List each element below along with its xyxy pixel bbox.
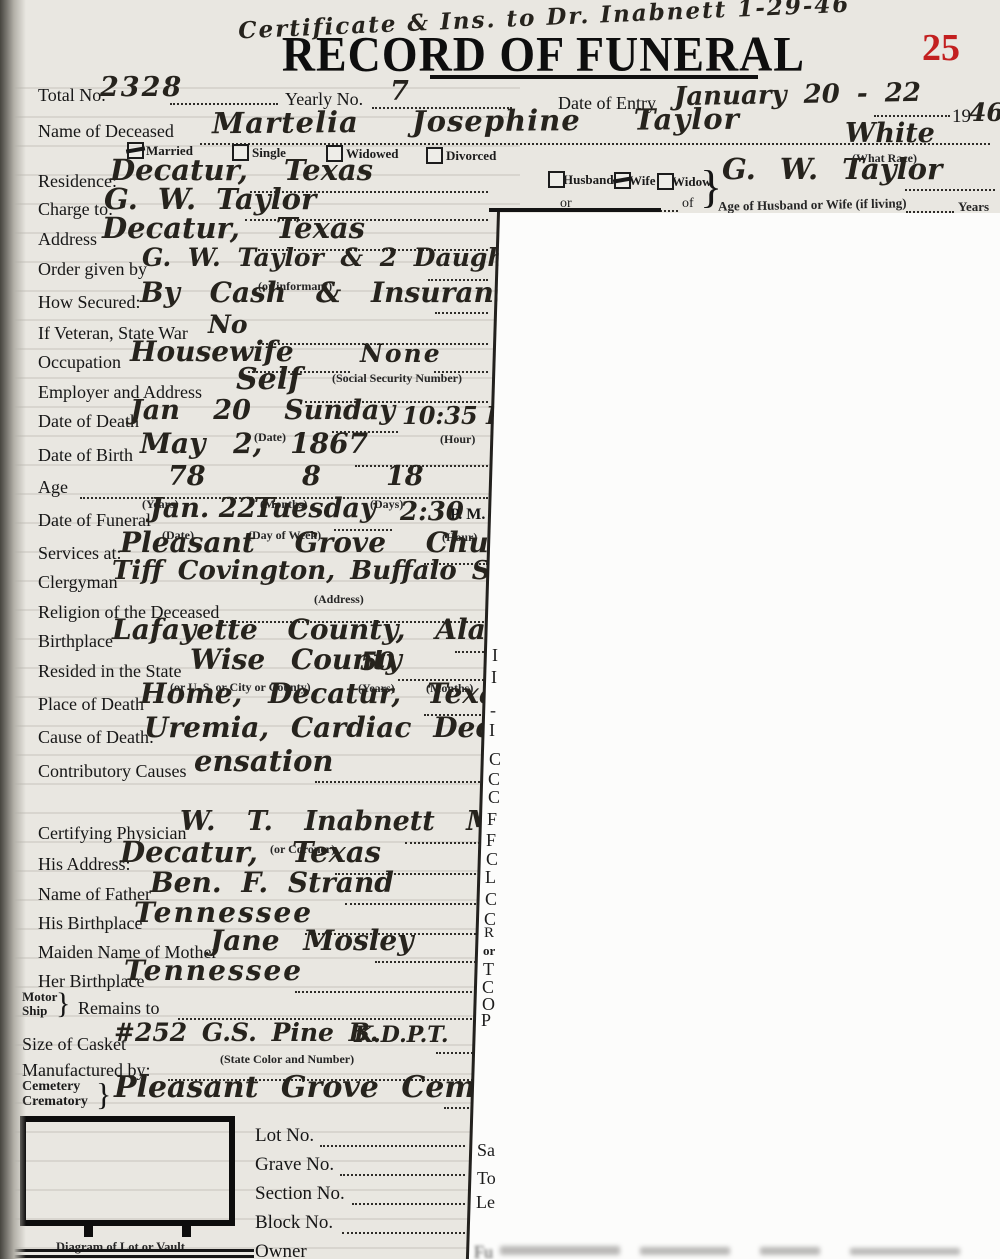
field-value-funeral-day: Tuesday xyxy=(254,493,376,524)
dotted-leader xyxy=(295,989,488,993)
caption-age-of-spouse: Age of Husband or Wife (if living) xyxy=(718,195,907,214)
field-label-order-given-by: Order given by xyxy=(38,259,147,280)
strip-letter-blurred: Fu xyxy=(474,1242,493,1259)
dotted-leader xyxy=(340,1172,465,1176)
field-value-place-of-death: Home, Decatur, Texas xyxy=(140,677,513,710)
caption-death-hour: (Hour) xyxy=(440,432,475,447)
field-label-date-of-birth: Date of Birth xyxy=(38,445,133,466)
field-label-remains-to: Remains to xyxy=(78,998,160,1019)
field-value-size-of-casket: #252 G.S. Pine B. xyxy=(114,1018,378,1047)
strip-letter: or xyxy=(483,943,495,959)
caption-years: Years xyxy=(958,199,989,215)
field-value-casket-kdpt: K.D.P.T. xyxy=(354,1022,449,1048)
caption-clergyman-address: (Address) xyxy=(314,592,364,607)
field-value-yearly-no: 7 xyxy=(390,76,409,107)
field-label-grave-no: Grave No. xyxy=(255,1154,334,1176)
dotted-leader xyxy=(315,779,488,783)
caption-ssn: (Social Security Number) xyxy=(332,371,462,386)
field-value-contributory: ensation xyxy=(194,744,334,778)
remains-brace: } xyxy=(56,987,70,1021)
blurred-footer-text xyxy=(640,1247,730,1255)
field-value-resided-years: 50 xyxy=(360,647,395,676)
overlay-top-edge xyxy=(489,208,661,212)
field-label-date-of-death: Date of Death xyxy=(38,411,139,432)
dotted-leader xyxy=(405,840,488,844)
field-label-clergyman: Clergyman xyxy=(38,572,118,593)
dotted-leader xyxy=(170,101,278,105)
cemetery-brace: } xyxy=(96,1076,111,1113)
field-label-age: Age xyxy=(38,477,68,498)
field-value-age-days: 18 xyxy=(386,461,424,492)
field-label-total-no: Total No. xyxy=(38,85,106,106)
caption-state-color-number: (State Color and Number) xyxy=(220,1052,354,1067)
dotted-leader xyxy=(342,1230,465,1234)
strip-letter: I xyxy=(492,645,498,666)
strip-letter: Sa xyxy=(477,1140,495,1161)
field-label-block-no: Block No. xyxy=(255,1212,333,1234)
field-value-her-birthplace: Tennessee xyxy=(124,954,303,987)
dotted-leader xyxy=(906,209,954,213)
strip-letter: To xyxy=(477,1168,496,1189)
field-value-age-months: 8 xyxy=(302,461,321,492)
field-label-cemetery: Cemetery xyxy=(22,1079,80,1095)
field-value-address: Decatur, Texas xyxy=(102,211,365,245)
field-label-name-of-deceased: Name of Deceased xyxy=(38,121,174,142)
bottom-rule xyxy=(0,1255,254,1258)
dotted-leader xyxy=(375,959,488,963)
dotted-leader xyxy=(905,187,995,191)
field-value-total-no: 2328 xyxy=(100,72,183,103)
strip-letter: I xyxy=(491,667,497,688)
spouse-of-label: of xyxy=(682,196,694,212)
field-value-date-of-death: Jan 20 Sunday xyxy=(130,395,395,426)
field-label-place-of-death: Place of Death xyxy=(38,694,144,715)
strip-letter: C xyxy=(485,889,497,910)
checkbox-label-divorced: Divorced xyxy=(446,148,496,164)
field-label-services-at: Services at: xyxy=(38,543,121,564)
field-value-race: White xyxy=(845,118,935,149)
field-value-name-of-father: Ben. F. Strand xyxy=(150,866,394,899)
checkbox-label-husband: Husband xyxy=(563,172,614,188)
field-label-his-address: His Address: xyxy=(38,854,131,875)
dotted-leader xyxy=(435,310,488,314)
strip-letter: F xyxy=(486,830,496,851)
page-number: 25 xyxy=(922,26,960,70)
dotted-leader xyxy=(320,1143,465,1147)
field-value-ssn: None xyxy=(360,339,442,368)
field-label-address: Address xyxy=(38,229,97,250)
strip-letter: F xyxy=(487,809,497,830)
blurred-footer-text xyxy=(760,1247,820,1255)
field-value-maiden-name-of-mother: Jane Mosley xyxy=(210,924,413,957)
strip-letter: I xyxy=(489,720,495,741)
field-value-date-of-birth: May 2, 1867 xyxy=(140,427,368,460)
dotted-leader xyxy=(874,113,950,117)
dotted-leader xyxy=(434,369,488,373)
strip-letter: - xyxy=(490,700,496,721)
field-label-crematory: Crematory xyxy=(22,1094,88,1110)
field-value-services-at: Pleasant Grove Church xyxy=(120,526,541,559)
field-value-employer: Self xyxy=(236,362,301,397)
checkbox-divorced xyxy=(426,147,443,164)
strip-letter: L xyxy=(485,867,496,888)
field-label-how-secured: How Secured: xyxy=(38,292,140,313)
field-label-cause-of-death: Cause of Death: xyxy=(38,727,154,748)
field-label-section-no: Section No. xyxy=(255,1183,345,1205)
diagram-notch xyxy=(84,1220,93,1237)
strip-letter: R xyxy=(484,925,494,942)
field-value-name-of-deceased: Martelia Josephine Taylor xyxy=(212,102,740,141)
diagram-notch xyxy=(182,1220,191,1237)
field-label-occupation: Occupation xyxy=(38,352,121,373)
book-gutter-shadow xyxy=(0,0,26,1259)
caption-diagram: Diagram of Lot or Vault xyxy=(56,1240,185,1255)
blurred-footer-text xyxy=(850,1248,960,1255)
blurred-footer-text xyxy=(500,1246,620,1255)
field-label-size-of-casket: Size of Casket xyxy=(22,1034,126,1055)
scanned-funeral-record-page: Certificate & Ins. to Dr. Inabnett 1-29-… xyxy=(0,0,1000,1259)
field-label-contributory: Contributory Causes xyxy=(38,761,187,782)
entry-year-handwritten: 46 xyxy=(969,98,1000,127)
dotted-leader xyxy=(352,1201,465,1205)
field-value-funeral-date: Jan. 22 xyxy=(150,493,256,524)
strip-letter: C xyxy=(488,787,500,808)
checkbox-label-wife: Wife xyxy=(629,173,655,189)
field-label-owner: Owner xyxy=(255,1241,307,1259)
field-value-spouse-name: G. W. Taylor xyxy=(722,152,942,186)
field-label-birthplace: Birthplace xyxy=(38,631,113,652)
field-label-lot-no: Lot No. xyxy=(255,1125,314,1147)
field-value-his-address: Decatur, Texas xyxy=(120,835,381,869)
bottom-rule xyxy=(0,1249,254,1252)
dotted-leader xyxy=(345,901,488,905)
field-label-his-birthplace: His Birthplace xyxy=(38,913,142,934)
funeral-meridiem: P. M. xyxy=(450,506,485,524)
strip-letter: P xyxy=(481,1010,491,1031)
strip-letter: C xyxy=(489,749,501,770)
field-value-how-secured: By Cash & Insurance xyxy=(140,276,529,309)
strip-letter: Le xyxy=(476,1192,495,1213)
field-value-age-years: 78 xyxy=(168,461,206,492)
diagram-box xyxy=(20,1116,235,1226)
title-underline xyxy=(430,75,758,79)
